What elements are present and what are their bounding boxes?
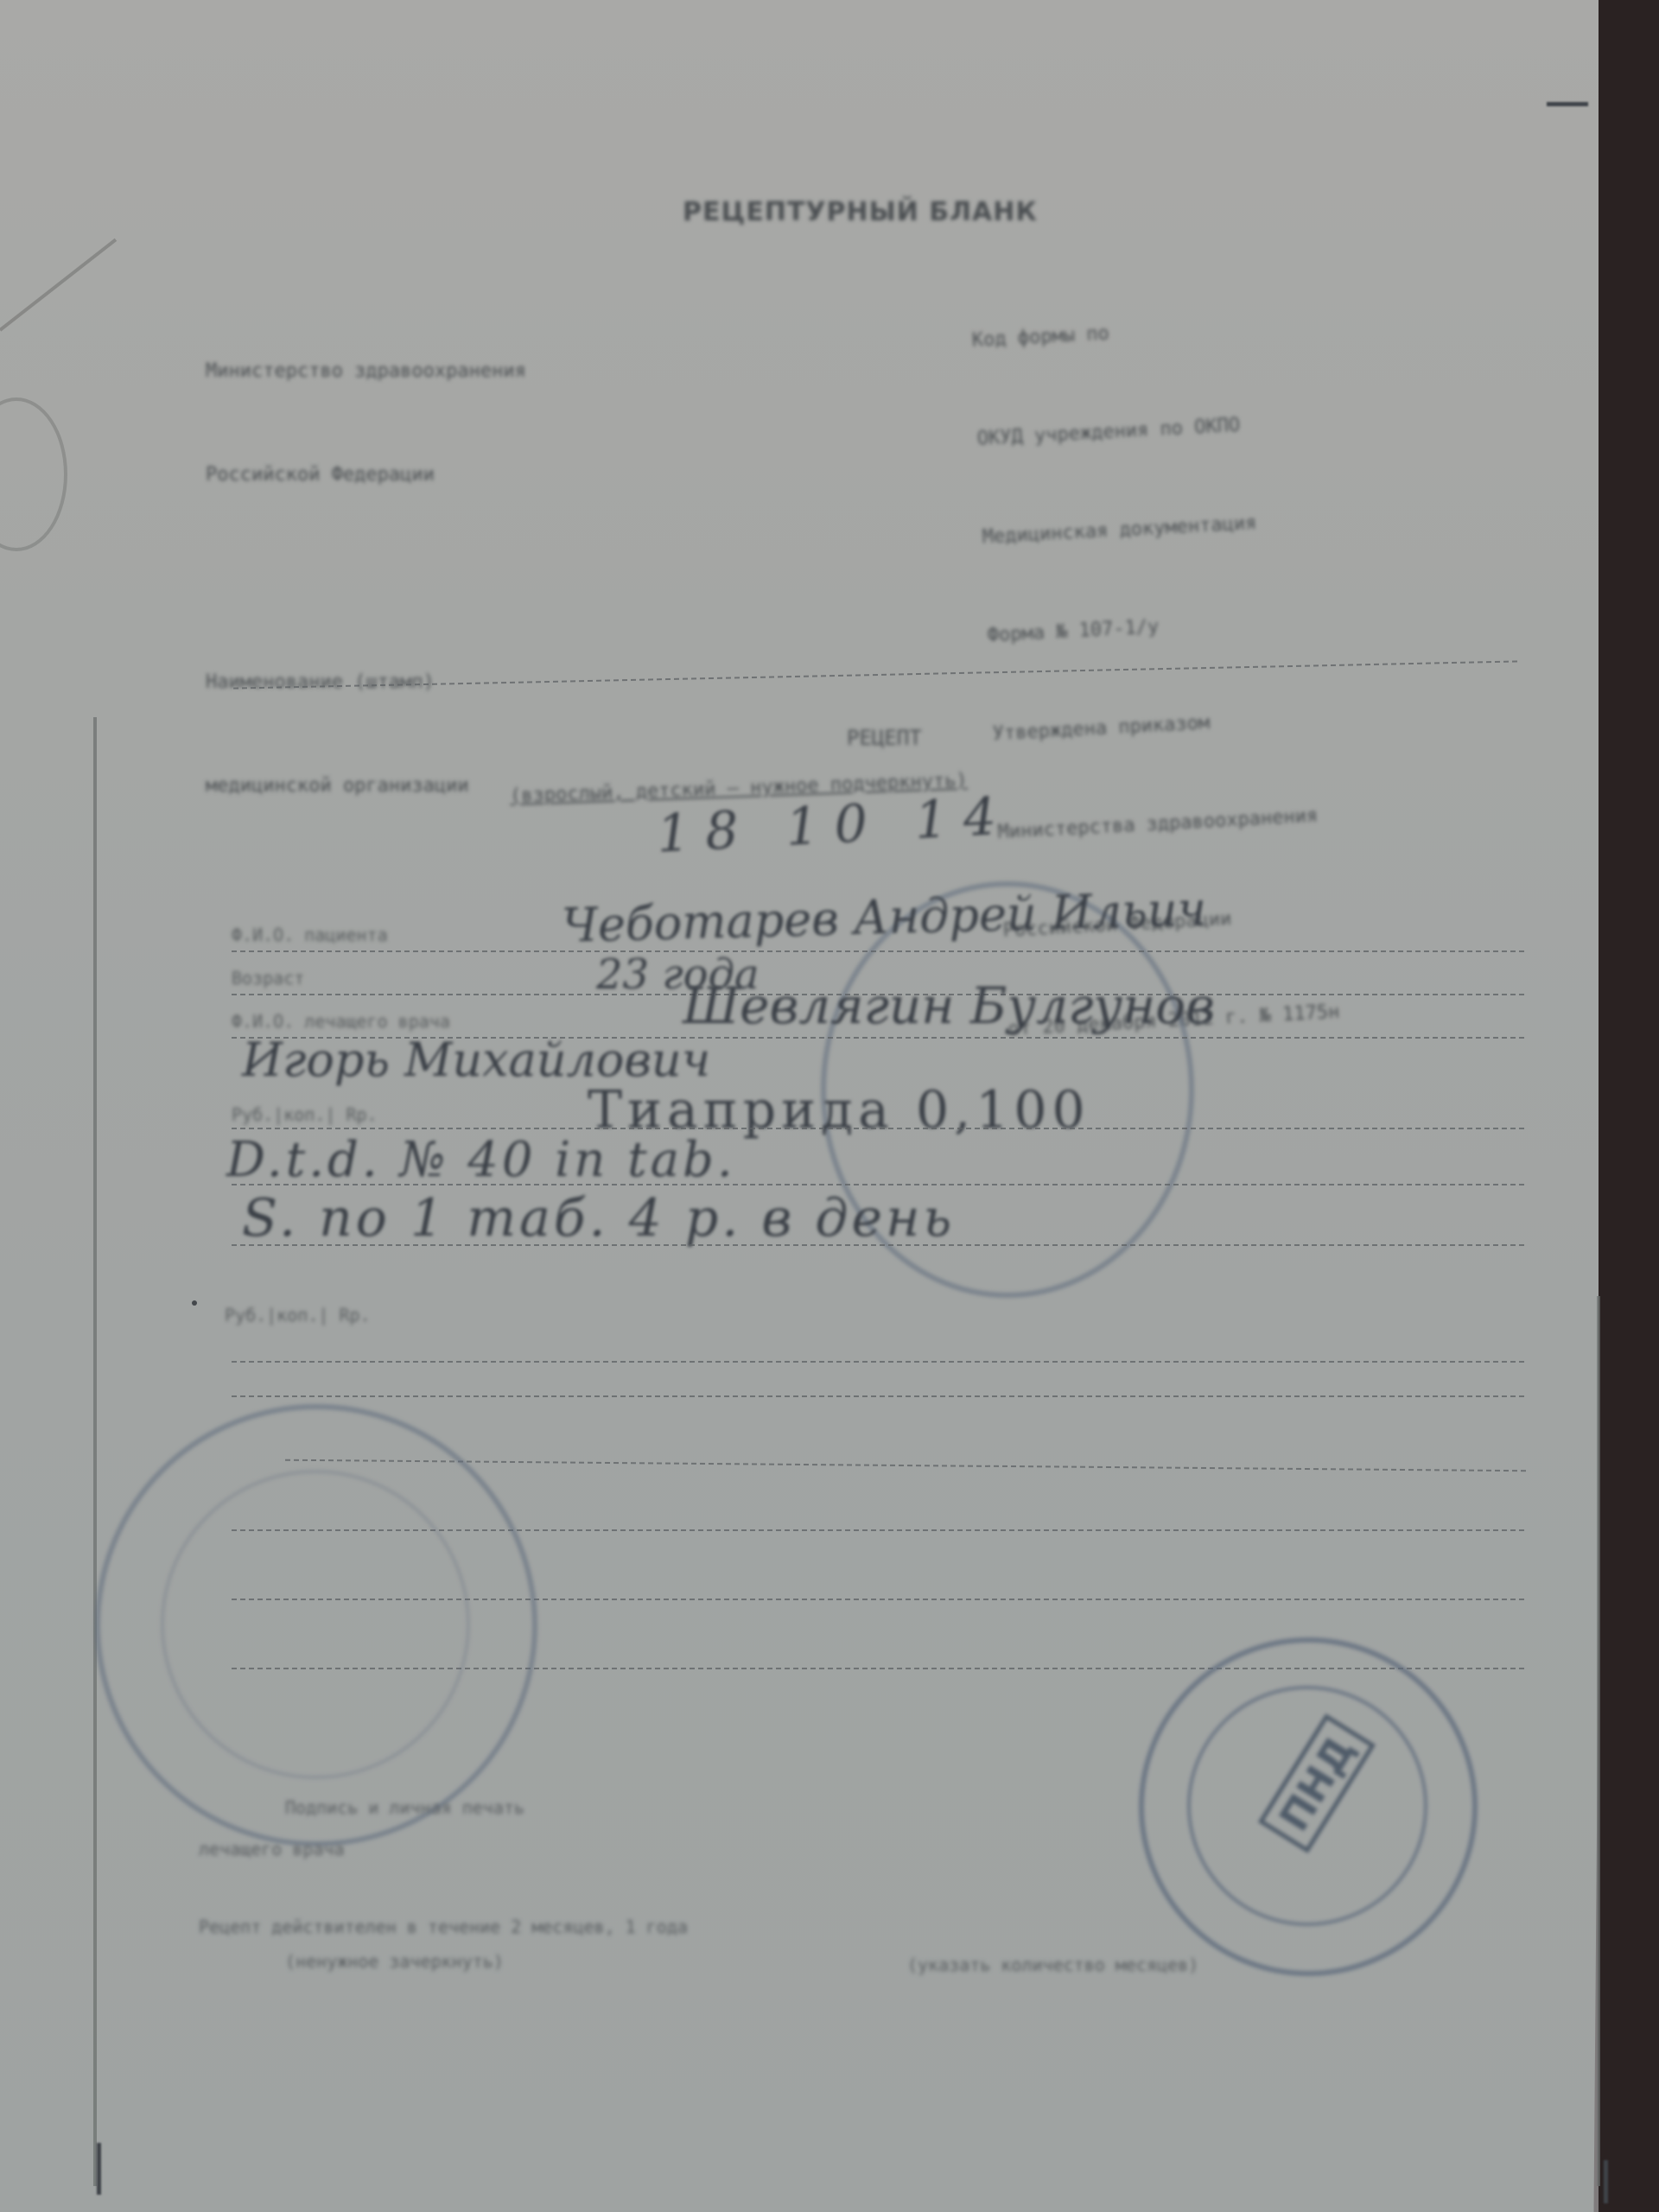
rp2-line-1: [232, 1361, 1528, 1363]
seal-label-1: Подпись и личная печать: [285, 1797, 524, 1818]
validity-note-left: (ненужное зачеркнуть): [285, 1951, 504, 1972]
form-code-line: ОКУД учреждения по ОКПО: [976, 406, 1310, 456]
edge-mark: [1547, 102, 1588, 106]
form-title: РЕЦЕПТУРНЫЙ БЛАНК: [683, 197, 1038, 227]
rp1-line-1: [232, 1128, 1528, 1129]
rp1-line-3: [232, 1244, 1528, 1246]
issuer-line: [206, 562, 526, 596]
issuer-line: Российской Федерации: [206, 458, 526, 493]
rp2-line-2: [232, 1395, 1528, 1397]
form-code-line: Код формы по: [971, 308, 1305, 358]
right-margin-line: [1597, 1296, 1600, 2186]
right-edge-mark: [1604, 2160, 1608, 2203]
patient-line: [232, 950, 1528, 952]
patient-label: Ф.И.О. пациента: [232, 925, 388, 945]
left-edge-mark: [97, 2143, 101, 2195]
issuer-line: медицинской организации: [206, 769, 526, 804]
rp1-quantity: D.t.d. № 40 in tab.: [226, 1132, 736, 1188]
table-surface: [1599, 0, 1659, 2212]
age-label: Возраст: [232, 968, 304, 988]
form-code-line: Министерства здравоохранения: [997, 799, 1331, 849]
form-code-line: Утверждена приказом: [992, 701, 1325, 751]
form-code-line: Медицинская документация: [982, 504, 1315, 554]
rp1-line-2: [232, 1184, 1528, 1185]
validity-note-right: (указать количество месяцев): [907, 1955, 1198, 1975]
doctor-name-line2: Игорь Михайлович: [242, 1033, 710, 1087]
rp2-label: Руб.|коп.| Rp.: [225, 1305, 371, 1325]
doctor-name-line1: Шевлягин Булгунов: [683, 976, 1215, 1035]
doctor-label: Ф.И.О. лечащего врача: [232, 1011, 450, 1032]
validity-line: Рецепт действителен в течение 2 месяцев,…: [199, 1916, 688, 1937]
recipe-heading: РЕЦЕПТ: [847, 726, 922, 750]
date-month: 10: [785, 792, 885, 858]
date-day: 18: [655, 799, 755, 865]
issuer-block: Министерство здравоохранения Российской …: [206, 285, 526, 838]
bullet-mark: [192, 1300, 197, 1306]
doctor-seal: [95, 1404, 537, 1847]
issuer-line: Министерство здравоохранения: [206, 354, 526, 389]
form-code-line: Форма № 107-1/у: [987, 602, 1320, 652]
rp1-signa: S. по 1 таб. 4 р. в день: [242, 1188, 955, 1249]
date-year: 14: [913, 785, 1014, 851]
rp1-label: Руб.|коп.| Rp.: [232, 1104, 378, 1125]
seal-label-2: лечащего врача: [199, 1839, 345, 1859]
left-margin-line: [93, 717, 97, 2186]
